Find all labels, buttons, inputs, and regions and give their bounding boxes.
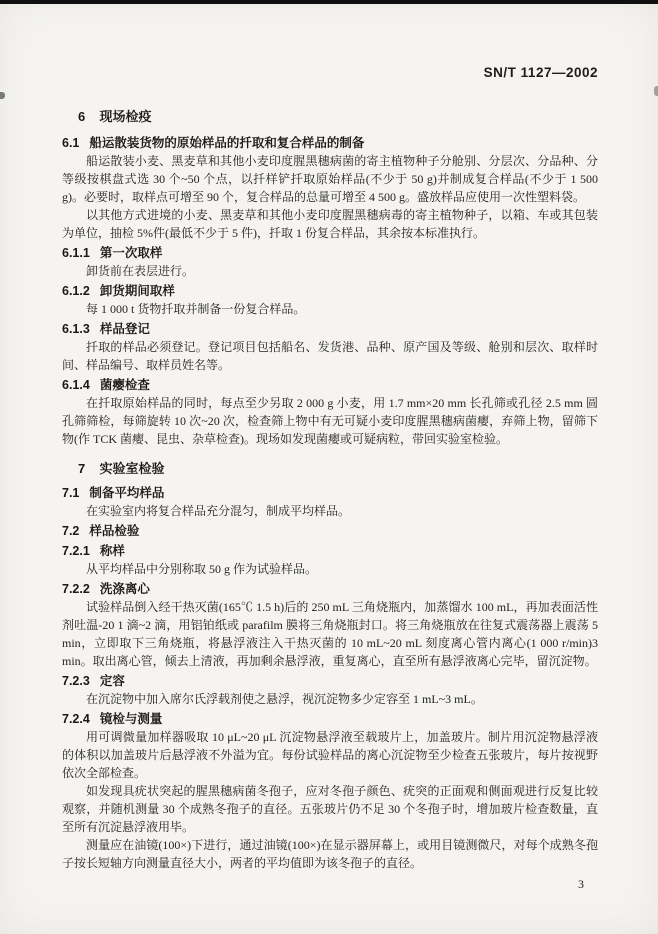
chapter-title: 现场检疫: [100, 109, 152, 124]
paragraph: 每 1 000 t 货物扦取并制备一份复合样品。: [62, 300, 598, 318]
clause-number: 7.2.1: [62, 544, 90, 558]
clause-title: 定容: [100, 674, 125, 688]
clause-heading-7-2-1: 7.2.1称样: [62, 542, 598, 560]
paragraph: 在实验室内将复合样品充分混匀，制成平均样品。: [62, 502, 598, 520]
section-title: 制备平均样品: [89, 486, 164, 500]
chapter-title: 实验室检验: [100, 461, 165, 476]
clause-number: 7.2.4: [62, 712, 90, 726]
clause-title: 卸货期间取样: [100, 284, 175, 298]
paragraph: 船运散装小麦、黑麦草和其他小麦印度腥黑穗病菌的寄主植物种子分舱别、分层次、分品种…: [62, 152, 598, 206]
section-heading-6-1: 6.1船运散装货物的原始样品的扦取和复合样品的制备: [62, 134, 598, 152]
paragraph: 扦取的样品必须登记。登记项目包括船名、发货港、品种、原产国及等级、舱别和层次、取…: [62, 338, 598, 374]
section-number: 7.2: [62, 524, 79, 538]
clause-number: 6.1.1: [62, 246, 90, 260]
section-number: 7.1: [62, 486, 79, 500]
chapter-number: 6: [78, 109, 85, 124]
chapter-heading-6: 6现场检疫: [78, 108, 598, 126]
clause-heading-7-2-2: 7.2.2洗涤离心: [62, 580, 598, 598]
clause-heading-7-2-3: 7.2.3定容: [62, 672, 598, 690]
clause-title: 洗涤离心: [100, 582, 150, 596]
clause-number: 7.2.3: [62, 674, 90, 688]
paragraph: 在沉淀物中加入席尔氏浮载剂使之悬浮，视沉淀物多少定容至 1 mL~3 mL。: [62, 690, 598, 708]
paragraph: 用可调微量加样器吸取 10 μL~20 μL 沉淀物悬浮液至载玻片上，加盖玻片。…: [62, 728, 598, 782]
clause-number: 7.2.2: [62, 582, 90, 596]
standard-code: SN/T 1127—2002: [62, 64, 598, 82]
chapter-number: 7: [78, 461, 85, 476]
clause-title: 样品登记: [100, 322, 150, 336]
clause-number: 6.1.4: [62, 378, 90, 392]
section-heading-7-1: 7.1制备平均样品: [62, 484, 598, 502]
clause-title: 菌瘿检查: [100, 378, 150, 392]
page-number: 3: [62, 876, 584, 892]
paragraph: 如发现具疣状突起的腥黑穗病菌冬孢子，应对冬孢子颜色、疣突的正面观和侧面观进行反复…: [62, 782, 598, 836]
clause-title: 称样: [100, 544, 125, 558]
page-content: SN/T 1127—2002 6现场检疫 6.1船运散装货物的原始样品的扦取和复…: [0, 0, 658, 892]
clause-heading-6-1-1: 6.1.1第一次取样: [62, 244, 598, 262]
paragraph: 以其他方式进境的小麦、黑麦草和其他小麦印度腥黑穗病毒的寄主植物种子，以箱、车或其…: [62, 206, 598, 242]
paragraph: 卸货前在表层进行。: [62, 262, 598, 280]
section-number: 6.1: [62, 136, 79, 150]
section-heading-7-2: 7.2样品检验: [62, 522, 598, 540]
scan-edge-artifact-left: [0, 92, 5, 99]
scan-edge-artifact-top: [0, 0, 658, 4]
clause-title: 第一次取样: [100, 246, 163, 260]
section-title: 船运散装货物的原始样品的扦取和复合样品的制备: [89, 136, 364, 150]
document-page: SN/T 1127—2002 6现场检疫 6.1船运散装货物的原始样品的扦取和复…: [0, 0, 658, 934]
scan-edge-artifact-right: [654, 86, 658, 96]
section-title: 样品检验: [89, 524, 139, 538]
clause-heading-6-1-2: 6.1.2卸货期间取样: [62, 282, 598, 300]
chapter-heading-7: 7实验室检验: [78, 460, 598, 478]
clause-heading-6-1-4: 6.1.4菌瘿检查: [62, 376, 598, 394]
paragraph: 在扦取原始样品的同时，每点至少另取 2 000 g 小麦，用 1.7 mm×20…: [62, 394, 598, 448]
clause-heading-7-2-4: 7.2.4镜检与测量: [62, 710, 598, 728]
paragraph: 测量应在油镜(100×)下进行，通过油镜(100×)在显示器屏幕上，或用目镜测微…: [62, 836, 598, 872]
clause-title: 镜检与测量: [100, 712, 163, 726]
clause-number: 6.1.2: [62, 284, 90, 298]
paragraph: 从平均样品中分别称取 50 g 作为试验样品。: [62, 560, 598, 578]
clause-number: 6.1.3: [62, 322, 90, 336]
clause-heading-6-1-3: 6.1.3样品登记: [62, 320, 598, 338]
paragraph: 试验样品倒入经干热灭菌(165℃ 1.5 h)后的 250 mL 三角烧瓶内，加…: [62, 598, 598, 670]
